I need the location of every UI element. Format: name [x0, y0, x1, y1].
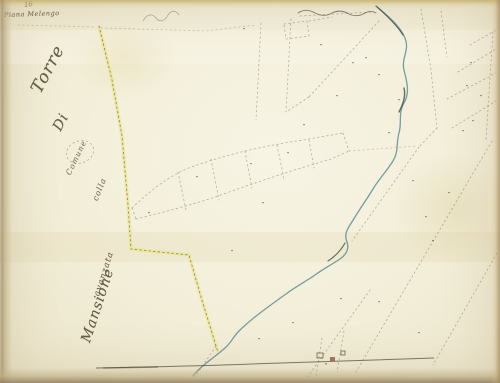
sheet-number-note: 16 [24, 0, 34, 9]
map-frame-bottom-line [96, 358, 434, 368]
territory-boundary-yellow [99, 26, 218, 352]
river-stream [193, 6, 407, 376]
map-drawing [0, 0, 500, 383]
diagonal-road-lines [197, 141, 497, 379]
parcel-band-middle [132, 133, 417, 219]
map-scan: 16 Piana Melengo Mansione avanzata colla… [0, 0, 500, 383]
buildings-hamlet [317, 351, 345, 364]
parcel-dotted-lines [256, 9, 496, 147]
top-edge-squiggle [298, 10, 376, 16]
